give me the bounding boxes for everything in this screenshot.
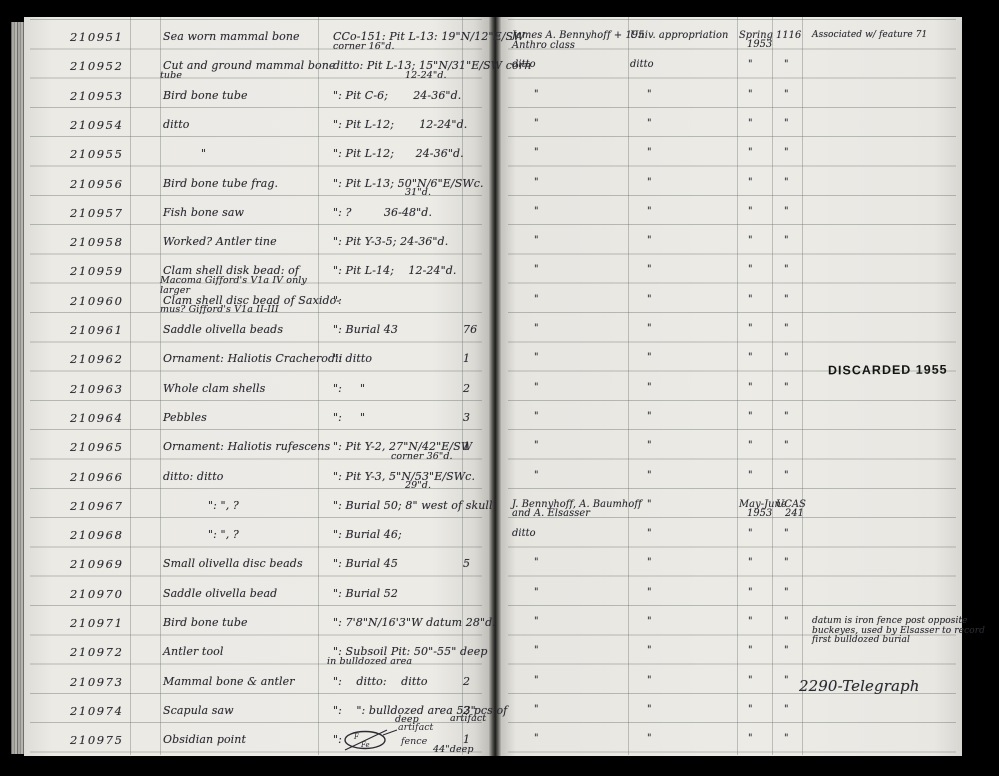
description: Bird bone tube frag.: [163, 177, 278, 190]
remarks: datum is iron fence post opposite: [812, 616, 968, 626]
catalog-number: 210960: [70, 294, 124, 308]
scanned-ledger-photo: { "colors": { "ink": "#2b2b33", "paper":…: [0, 0, 999, 776]
svg-text:F: F: [353, 733, 360, 741]
date: ": [748, 675, 753, 686]
catalog-number: 210971: [70, 616, 124, 630]
date: ": [748, 704, 753, 715]
provenience: ": Pit Y-3-5; 24-36"d.: [333, 235, 448, 248]
provenience: ": ditto: [333, 352, 372, 365]
provenience: ": Pit L-14; 12-24"d.: [333, 264, 457, 277]
description: Fish bone saw: [163, 206, 244, 219]
sketch-label-fence: fence: [401, 736, 427, 747]
fund-source: Univ. appropriation: [630, 30, 728, 41]
accession-number: ": [784, 177, 789, 188]
catalog-number: 210973: [70, 675, 124, 689]
fund-source: ": [647, 733, 652, 744]
fund-source: ": [647, 323, 652, 334]
description: ": ", ?: [208, 499, 239, 512]
fund-source: ": [647, 147, 652, 158]
column-rule: [802, 17, 803, 755]
column-rule: [737, 17, 738, 755]
provenience-line2: 12-24"d.: [405, 70, 447, 81]
date: ": [748, 118, 753, 129]
catalog-number: 210966: [70, 470, 124, 484]
provenience: ": Pit C-6; 24-36"d.: [333, 89, 461, 102]
column-rule: [628, 17, 629, 755]
collector: ": [534, 440, 539, 451]
collector: ": [534, 264, 539, 275]
collector: ": [534, 557, 539, 568]
accession-number: ": [784, 616, 789, 627]
description: ": [201, 147, 206, 160]
accession-number: ": [784, 235, 789, 246]
collector: ": [534, 675, 539, 686]
column-rule: [318, 17, 319, 755]
provenience: ":: [333, 733, 342, 746]
remarks-line3: first bulldozed burial: [812, 635, 910, 645]
date: ": [748, 470, 753, 481]
fund-source: ": [647, 352, 652, 363]
collector: ": [534, 616, 539, 627]
provenience-line2: in bulldozed area: [327, 656, 412, 667]
catalog-number: 210959: [70, 264, 124, 278]
fund-source: ": [647, 177, 652, 188]
date: ": [748, 352, 753, 363]
fund-source: ": [647, 264, 652, 275]
svg-text:Fe: Fe: [360, 741, 370, 749]
fund-source: ": [647, 235, 652, 246]
description-line2: tube: [160, 70, 182, 81]
provenience: ": ": [333, 411, 365, 424]
description: ": ", ?: [208, 528, 239, 541]
accession-line2: 241: [785, 508, 804, 519]
provenience: ": Burial 45: [333, 557, 398, 570]
catalog-number: 210968: [70, 528, 124, 542]
description: Whole clam shells: [163, 382, 265, 395]
fund-source: ": [647, 206, 652, 217]
provenience: ": Burial 43: [333, 323, 398, 336]
column-rule: [160, 17, 161, 755]
provenience: ": Pit L-12; 24-36"d.: [333, 147, 464, 160]
remarks: Associated w/ feature 71: [812, 30, 927, 40]
artifact-sketch-icon: F Fe: [343, 726, 401, 752]
date-line2: 1953: [747, 39, 772, 50]
remarks: 2290-Telegraph: [799, 677, 919, 695]
provenience: ": Burial 52: [333, 587, 398, 600]
catalog-number: 210953: [70, 89, 124, 103]
collector: ": [534, 382, 539, 393]
catalog-number: 210975: [70, 733, 124, 747]
collector: ": [534, 294, 539, 305]
collector: ": [534, 411, 539, 422]
count: 1: [463, 440, 470, 453]
catalog-number: 210961: [70, 323, 124, 337]
fund-source: ": [647, 118, 652, 129]
accession-number: ": [784, 118, 789, 129]
date: ": [748, 323, 753, 334]
catalog-number: 210954: [70, 118, 124, 132]
ledger-right-page: [502, 17, 962, 756]
provenience-line2: corner 16"d.: [333, 41, 395, 52]
fund-source: ": [647, 470, 652, 481]
accession-number: ": [784, 733, 789, 744]
catalog-number: 210951: [70, 30, 124, 44]
description: Worked? Antler tine: [163, 235, 277, 248]
fund-source: ditto: [630, 59, 654, 70]
description: Scapula saw: [163, 704, 234, 717]
description: Sea worn mammal bone: [163, 30, 300, 43]
fund-source: ": [647, 440, 652, 451]
collector-line2: Anthro class: [512, 40, 575, 51]
date: ": [748, 382, 753, 393]
description: Saddle olivella bead: [163, 587, 277, 600]
fund-source: ": [647, 557, 652, 568]
accession-number: ": [784, 382, 789, 393]
accession-number: ": [784, 675, 789, 686]
collector: ": [534, 352, 539, 363]
accession-number: ": [784, 411, 789, 422]
date: ": [748, 294, 753, 305]
provenience: ":: [333, 294, 342, 307]
book-gutter: [488, 17, 502, 756]
date: ": [748, 440, 753, 451]
collector: ": [534, 733, 539, 744]
accession-number: ": [784, 264, 789, 275]
collector: ": [534, 118, 539, 129]
accession-number: ": [784, 147, 789, 158]
date: ": [748, 89, 753, 100]
sketch-label-artifact: artifact: [398, 722, 433, 733]
fund-source: ": [647, 294, 652, 305]
description: Ornament: Haliotis rufescens: [163, 440, 330, 453]
accession-number: ": [784, 587, 789, 598]
description: ditto: [163, 118, 190, 131]
accession-number: ": [784, 89, 789, 100]
fund-source: ": [647, 89, 652, 100]
fund-source: ": [647, 704, 652, 715]
description: Small olivella disc beads: [163, 557, 303, 570]
catalog-number: 210965: [70, 440, 124, 454]
collector: ": [534, 587, 539, 598]
column-rule: [130, 17, 131, 755]
date: ": [748, 147, 753, 158]
catalog-number: 210955: [70, 147, 124, 161]
date: ": [748, 528, 753, 539]
description: Bird bone tube: [163, 89, 248, 102]
date: ": [748, 733, 753, 744]
provenience-line2: corner 36"d.: [391, 451, 453, 462]
accession-number: ": [784, 294, 789, 305]
accession-number: ": [784, 704, 789, 715]
description: Bird bone tube: [163, 616, 248, 629]
count: 1: [463, 733, 470, 746]
count: 2: [463, 382, 470, 395]
count-line2: artifact: [450, 713, 486, 724]
description-line2: mus? Gifford's V1a II-III: [160, 304, 279, 315]
description: Obsidian point: [163, 733, 246, 746]
accession-number: 1116: [776, 30, 801, 41]
provenience: ": ? 36-48"d.: [333, 206, 432, 219]
collector: ": [534, 323, 539, 334]
provenience-line2: 31"d.: [405, 187, 431, 198]
count: 5: [463, 557, 470, 570]
fund-source: ": [647, 645, 652, 656]
catalog-number: 210964: [70, 411, 124, 425]
provenience: ": 7'8"N/16'3"W datum 28"d.: [333, 616, 496, 629]
fund-source: ": [647, 411, 652, 422]
date: ": [748, 235, 753, 246]
count: 1: [463, 352, 470, 365]
date: ": [748, 59, 753, 70]
fund-source: ": [647, 587, 652, 598]
date: ": [748, 557, 753, 568]
catalog-number: 210967: [70, 499, 124, 513]
catalog-number: 210956: [70, 177, 124, 191]
accession-number: ": [784, 557, 789, 568]
description: Saddle olivella beads: [163, 323, 283, 336]
catalog-number: 210962: [70, 352, 124, 366]
description: Mammal bone & antler: [163, 675, 295, 688]
collector: ": [534, 235, 539, 246]
collector: ": [534, 704, 539, 715]
provenience: ": ditto: ditto: [333, 675, 428, 688]
accession-number: ": [784, 323, 789, 334]
collector-line2: and A. Elsasser: [512, 508, 590, 519]
description: Antler tool: [163, 645, 224, 658]
description: ditto: ditto: [163, 470, 223, 483]
discarded-stamp: DISCARDED 1955: [828, 363, 948, 378]
count: 2: [463, 675, 470, 688]
date: ": [748, 264, 753, 275]
catalog-number: 210972: [70, 645, 124, 659]
collector: ditto: [512, 528, 536, 539]
catalog-number: 210958: [70, 235, 124, 249]
collector: ": [534, 147, 539, 158]
provenience: ": Burial 50; 8" west of skull: [333, 499, 493, 512]
fund-source: ": [647, 675, 652, 686]
date: ": [748, 206, 753, 217]
provenience-line2: 29"d.: [405, 480, 431, 491]
catalog-number: 210969: [70, 557, 124, 571]
accession-number: ": [784, 528, 789, 539]
date: ": [748, 411, 753, 422]
collector: ": [534, 206, 539, 217]
catalog-number: 210957: [70, 206, 124, 220]
collector: ": [534, 645, 539, 656]
accession-number: ": [784, 645, 789, 656]
date: ": [748, 645, 753, 656]
provenience: ": Burial 46;: [333, 528, 402, 541]
description: Pebbles: [163, 411, 207, 424]
count: 3: [463, 411, 470, 424]
collector: ditto: [512, 59, 536, 70]
fund-source: ": [647, 499, 652, 510]
accession-number: ": [784, 470, 789, 481]
column-rule: [772, 17, 773, 755]
count: 76: [463, 323, 477, 336]
date: ": [748, 587, 753, 598]
collector: ": [534, 89, 539, 100]
provenience: ": Pit L-12; 12-24"d.: [333, 118, 467, 131]
fund-source: ": [647, 616, 652, 627]
fund-source: ": [647, 382, 652, 393]
catalog-number: 210952: [70, 59, 124, 73]
date: ": [748, 616, 753, 627]
date: ": [748, 177, 753, 188]
catalog-number: 210963: [70, 382, 124, 396]
catalog-number: 210974: [70, 704, 124, 718]
date-line2: 1953: [747, 508, 772, 519]
accession-number: ": [784, 59, 789, 70]
accession-number: ": [784, 440, 789, 451]
description: Cut and ground mammal bone: [163, 59, 336, 72]
catalog-number: 210970: [70, 587, 124, 601]
accession-number: ": [784, 206, 789, 217]
collector: ": [534, 177, 539, 188]
remarks-line2: buckeyes, used by Elsasser to record: [812, 626, 985, 636]
collector: ": [534, 470, 539, 481]
artifact-sketch: F Fe artifact fence: [343, 724, 463, 758]
description: Ornament: Haliotis Cracherodii: [163, 352, 342, 365]
fund-source: ": [647, 528, 652, 539]
provenience: ": ": [333, 382, 365, 395]
accession-number: ": [784, 352, 789, 363]
